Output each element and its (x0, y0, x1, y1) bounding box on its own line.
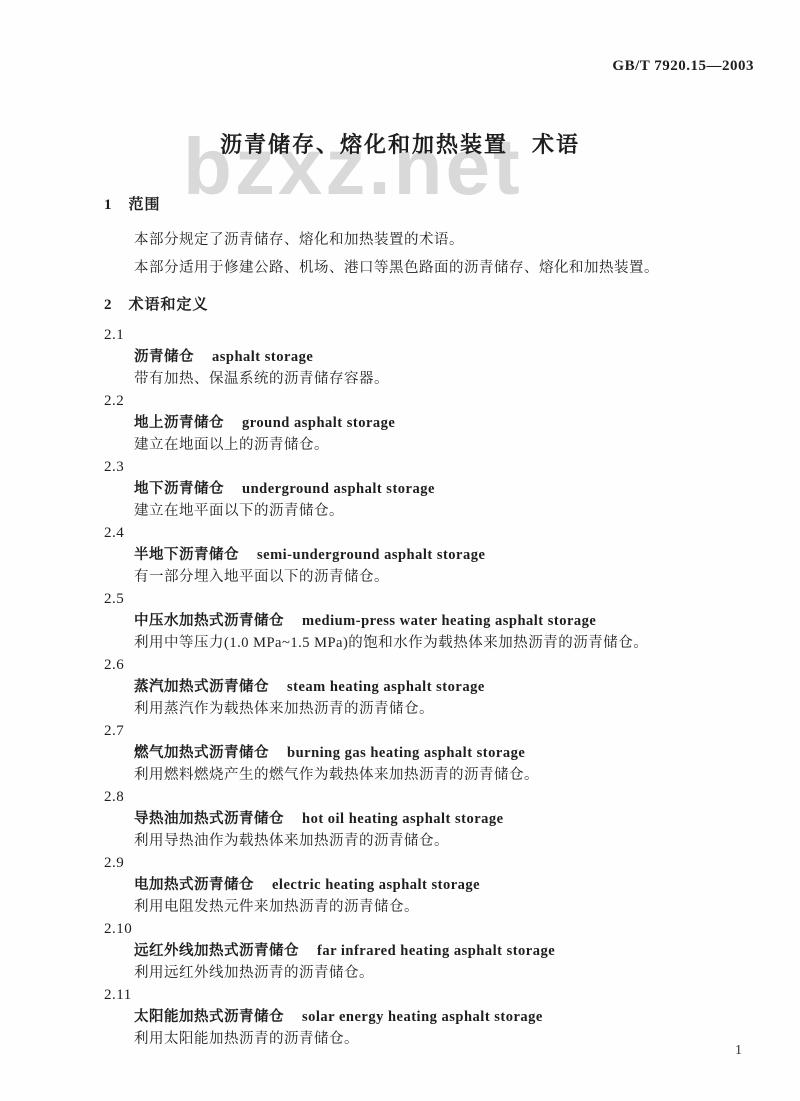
term-title: 地下沥青储仓underground asphalt storage (134, 478, 744, 500)
term-number: 2.2 (104, 390, 744, 412)
term-entry: 2.9 电加热式沥青储仓electric heating asphalt sto… (104, 852, 744, 918)
term-title: 地上沥青储仓ground asphalt storage (134, 412, 744, 434)
scope-paragraph: 本部分适用于修建公路、机场、港口等黑色路面的沥青储存、熔化和加热装置。 (134, 254, 744, 282)
term-number: 2.1 (104, 324, 744, 346)
term-en: asphalt storage (212, 349, 313, 365)
term-zh: 太阳能加热式沥青储仓 (134, 1009, 284, 1025)
term-title: 蒸汽加热式沥青储仓steam heating asphalt storage (134, 676, 744, 698)
term-en: ground asphalt storage (242, 415, 395, 431)
term-zh: 电加热式沥青储仓 (134, 877, 254, 893)
term-number: 2.6 (104, 654, 744, 676)
term-title: 导热油加热式沥青储仓hot oil heating asphalt storag… (134, 808, 744, 830)
term-number: 2.10 (104, 918, 744, 940)
term-entry: 2.7 燃气加热式沥青储仓burning gas heating asphalt… (104, 720, 744, 786)
term-zh: 导热油加热式沥青储仓 (134, 811, 284, 827)
term-en: burning gas heating asphalt storage (287, 745, 525, 761)
term-entry: 2.4 半地下沥青储仓semi-underground asphalt stor… (104, 522, 744, 588)
term-definition: 利用远红外线加热沥青的沥青储仓。 (134, 962, 744, 984)
term-zh: 地下沥青储仓 (134, 481, 224, 497)
term-en: electric heating asphalt storage (272, 877, 480, 893)
term-number: 2.8 (104, 786, 744, 808)
term-definition: 利用中等压力(1.0 MPa~1.5 MPa)的饱和水作为载热体来加热沥青的沥青… (134, 632, 744, 654)
term-number: 2.3 (104, 456, 744, 478)
term-en: hot oil heating asphalt storage (302, 811, 504, 827)
term-entry: 2.1 沥青储仓asphalt storage 带有加热、保温系统的沥青储存容器… (104, 324, 744, 390)
term-zh: 地上沥青储仓 (134, 415, 224, 431)
term-definition: 有一部分埋入地平面以下的沥青储仓。 (134, 566, 744, 588)
term-definition: 利用太阳能加热沥青的沥青储仓。 (134, 1028, 744, 1050)
term-entry: 2.10 远红外线加热式沥青储仓far infrared heating asp… (104, 918, 744, 984)
term-number: 2.11 (104, 984, 744, 1006)
term-title: 远红外线加热式沥青储仓far infrared heating asphalt … (134, 940, 744, 962)
term-zh: 沥青储仓 (134, 349, 194, 365)
term-zh: 半地下沥青储仓 (134, 547, 239, 563)
term-zh: 蒸汽加热式沥青储仓 (134, 679, 269, 695)
terms-list: 2.1 沥青储仓asphalt storage 带有加热、保温系统的沥青储存容器… (104, 324, 744, 1050)
document-title: 沥青储存、熔化和加热装置 术语 (0, 128, 800, 159)
term-en: underground asphalt storage (242, 481, 435, 497)
term-definition: 建立在地面以上的沥青储仓。 (134, 434, 744, 456)
term-entry: 2.5 中压水加热式沥青储仓medium-press water heating… (104, 588, 744, 654)
term-entry: 2.3 地下沥青储仓underground asphalt storage 建立… (104, 456, 744, 522)
term-en: far infrared heating asphalt storage (317, 943, 555, 959)
term-en: steam heating asphalt storage (287, 679, 485, 695)
term-definition: 建立在地平面以下的沥青储仓。 (134, 500, 744, 522)
section-2-heading: 2 术语和定义 (104, 296, 744, 314)
section-1-heading: 1 范围 (104, 196, 744, 214)
term-entry: 2.2 地上沥青储仓ground asphalt storage 建立在地面以上… (104, 390, 744, 456)
scanned-document-page: GB/T 7920.15—2003 bzxz.net 沥青储存、熔化和加热装置 … (0, 0, 800, 1101)
standard-code: GB/T 7920.15—2003 (612, 58, 754, 75)
term-definition: 利用蒸汽作为载热体来加热沥青的沥青储仓。 (134, 698, 744, 720)
scope-paragraph: 本部分规定了沥青储存、熔化和加热装置的术语。 (134, 226, 744, 254)
scope-paragraphs: 本部分规定了沥青储存、熔化和加热装置的术语。 本部分适用于修建公路、机场、港口等… (134, 226, 744, 282)
term-definition: 利用导热油作为载热体来加热沥青的沥青储仓。 (134, 830, 744, 852)
term-number: 2.4 (104, 522, 744, 544)
document-body: 1 范围 本部分规定了沥青储存、熔化和加热装置的术语。 本部分适用于修建公路、机… (104, 196, 744, 1050)
term-title: 沥青储仓asphalt storage (134, 346, 744, 368)
term-en: solar energy heating asphalt storage (302, 1009, 543, 1025)
term-title: 燃气加热式沥青储仓burning gas heating asphalt sto… (134, 742, 744, 764)
term-title: 太阳能加热式沥青储仓solar energy heating asphalt s… (134, 1006, 744, 1028)
term-title: 中压水加热式沥青储仓medium-press water heating asp… (134, 610, 744, 632)
term-entry: 2.11 太阳能加热式沥青储仓solar energy heating asph… (104, 984, 744, 1050)
term-number: 2.9 (104, 852, 744, 874)
term-definition: 带有加热、保温系统的沥青储存容器。 (134, 368, 744, 390)
term-title: 半地下沥青储仓semi-underground asphalt storage (134, 544, 744, 566)
term-en: semi-underground asphalt storage (257, 547, 485, 563)
term-zh: 中压水加热式沥青储仓 (134, 613, 284, 629)
term-zh: 燃气加热式沥青储仓 (134, 745, 269, 761)
term-entry: 2.8 导热油加热式沥青储仓hot oil heating asphalt st… (104, 786, 744, 852)
term-entry: 2.6 蒸汽加热式沥青储仓steam heating asphalt stora… (104, 654, 744, 720)
term-title: 电加热式沥青储仓electric heating asphalt storage (134, 874, 744, 896)
term-number: 2.5 (104, 588, 744, 610)
term-definition: 利用电阻发热元件来加热沥青的沥青储仓。 (134, 896, 744, 918)
page-number: 1 (735, 1043, 742, 1059)
term-number: 2.7 (104, 720, 744, 742)
term-en: medium-press water heating asphalt stora… (302, 613, 596, 629)
term-zh: 远红外线加热式沥青储仓 (134, 943, 299, 959)
term-definition: 利用燃料燃烧产生的燃气作为载热体来加热沥青的沥青储仓。 (134, 764, 744, 786)
